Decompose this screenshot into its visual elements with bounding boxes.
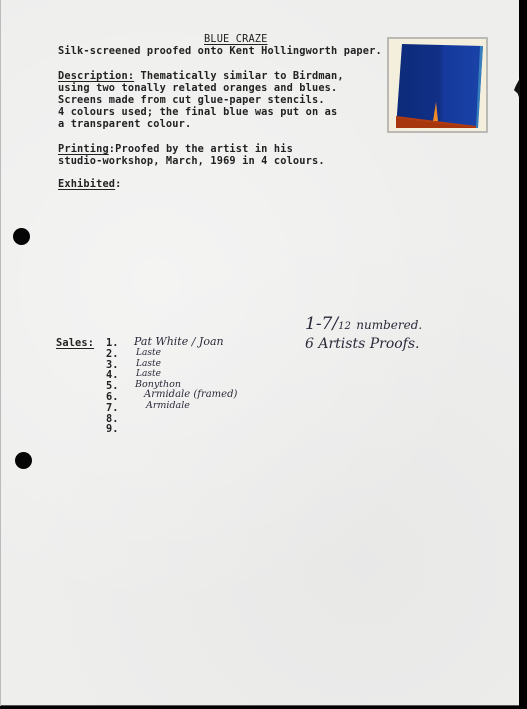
description-line-5: a transparent colour. — [58, 118, 191, 130]
sales-entry: Pat White / Joan — [134, 335, 224, 348]
document-page: BLUE CRAZE Silk-screened proofed onto Ke… — [0, 0, 519, 706]
sales-number: 9. — [106, 423, 118, 435]
punch-hole-bottom — [15, 452, 32, 469]
printing-line-2: studio-workshop, March, 1969 in 4 colour… — [58, 155, 325, 167]
printing-line-1: Printing:Proofed by the artist in his — [58, 143, 293, 155]
description-line-2: using two tonally related oranges and bl… — [58, 82, 337, 94]
description-line-3: Screens made from cut glue-paper stencil… — [58, 94, 325, 106]
exhibited-heading: Exhibited: — [58, 178, 122, 190]
printing-label: Printing — [58, 143, 109, 155]
edition-note-line-2: 6 Artists Proofs. — [305, 336, 420, 352]
description-label: Description: — [58, 70, 134, 82]
document-title: BLUE CRAZE — [204, 33, 268, 45]
description-line-4: 4 colours used; the final blue was put o… — [58, 106, 337, 118]
edition-note-line-1: 1-7/12 numbered. — [305, 314, 422, 334]
sales-entry: Laste — [136, 369, 161, 379]
sales-entry: Laste — [136, 359, 161, 369]
sales-entry: Armidale (framed) — [144, 389, 237, 400]
sales-entry: Armidale — [146, 400, 190, 411]
punch-hole-top — [13, 228, 30, 245]
artwork-thumbnail — [387, 37, 488, 133]
artwork-image — [396, 44, 483, 128]
document-subtitle: Silk-screened proofed onto Kent Hollingw… — [58, 45, 382, 57]
sales-label: Sales: — [56, 337, 94, 349]
sales-entry: Laste — [136, 348, 161, 358]
description-line-1: Description: Thematically similar to Bir… — [58, 70, 344, 82]
page-bottom-edge — [1, 705, 519, 706]
exhibited-label: Exhibited — [58, 178, 115, 190]
